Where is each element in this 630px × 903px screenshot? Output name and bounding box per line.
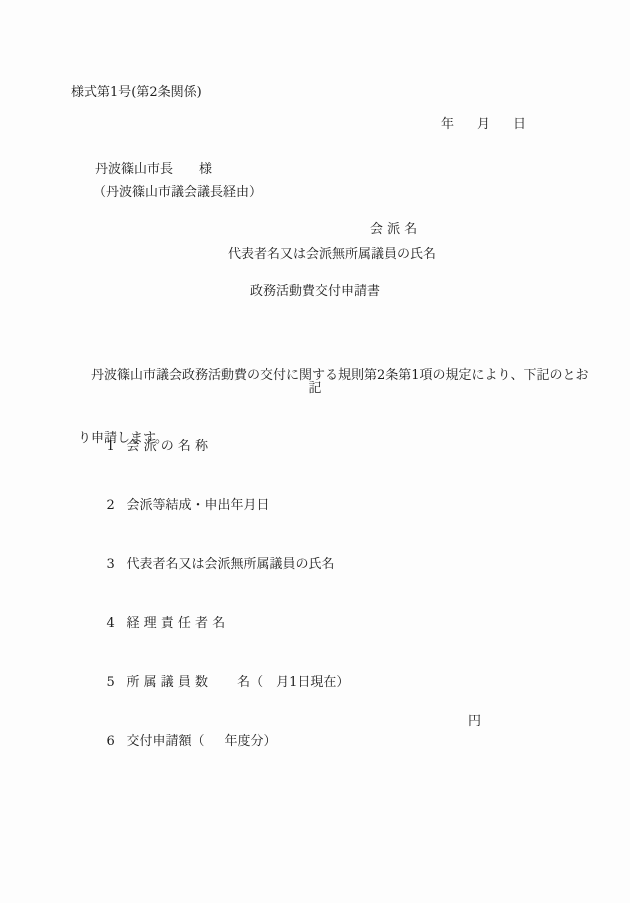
ki-heading: 記	[0, 379, 630, 399]
document-title: 政務活動費交付申請書	[0, 282, 630, 302]
addressee-line: 丹波篠山市長 様	[95, 160, 212, 180]
yen-unit-label: 円	[468, 712, 481, 732]
form-item-member-count: 5所 属 議 員 数名（ 月1日現在）	[90, 653, 349, 713]
item-number: 4	[107, 614, 127, 634]
item-label: 経 理 責 任 者 名	[127, 616, 226, 631]
via-line: （丹波篠山市議会議長経由）	[93, 183, 262, 203]
form-number: 様式第1号(第2条関係)	[71, 83, 202, 103]
form-item-application-amount: 6交付申請額（年度分）	[90, 712, 277, 772]
item-label: 会 派 の 名 称	[127, 439, 209, 454]
item-number: 1	[107, 437, 127, 457]
faction-name-label: 会 派 名	[370, 220, 417, 240]
item-label: 交付申請額（	[127, 734, 205, 749]
form-item-accounting-manager: 4経 理 責 任 者 名	[90, 594, 225, 654]
application-form-page: 様式第1号(第2条関係) 年 月 日 丹波篠山市長 様 （丹波篠山市議会議長経由…	[0, 0, 630, 903]
item-number: 5	[107, 673, 127, 693]
item-number: 3	[107, 555, 127, 575]
item-label: 会派等結成・申出年月日	[127, 498, 270, 513]
form-item-faction-name: 1会 派 の 名 称	[90, 417, 208, 477]
item-label-suffix: 名（ 月1日現在）	[237, 675, 349, 690]
form-item-formation-date: 2会派等結成・申出年月日	[90, 476, 270, 536]
date-line: 年 月 日	[441, 115, 531, 135]
form-item-representative-name: 3代表者名又は会派無所属議員の氏名	[90, 535, 335, 595]
item-label: 所 属 議 員 数	[127, 675, 209, 690]
item-label: 代表者名又は会派無所属議員の氏名	[127, 557, 335, 572]
item-number: 6	[107, 732, 127, 752]
item-label-suffix: 年度分）	[225, 734, 277, 749]
item-number: 2	[107, 496, 127, 516]
representative-name-label: 代表者名又は会派無所属議員の氏名	[228, 245, 436, 265]
